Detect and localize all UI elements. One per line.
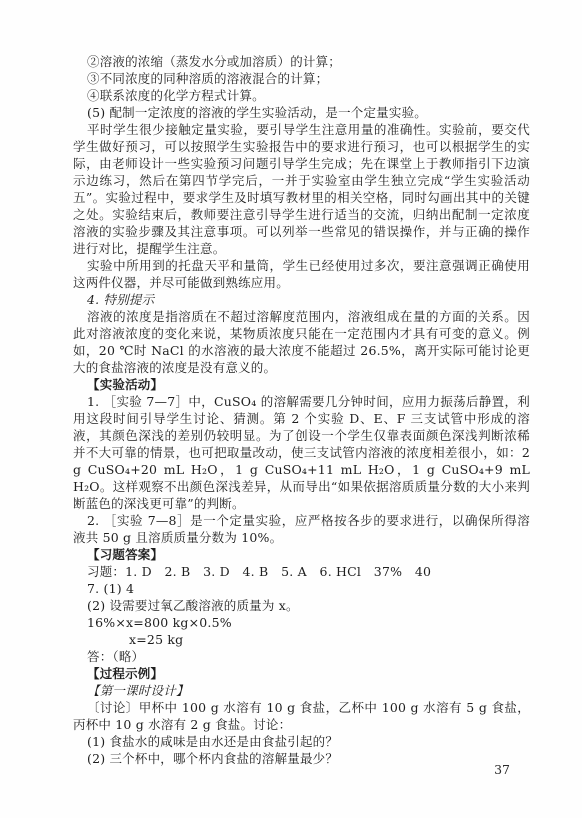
answer-line: (2) 设需要过氧乙酸溶液的质量为 x。: [73, 597, 530, 614]
equation-line: 16%×x=800 kg×0.5%: [73, 614, 530, 631]
list-item: (5) 配制一定浓度的溶液的学生实验活动，是一个定量实验。: [73, 104, 530, 121]
answer-line: 答：（略）: [73, 648, 530, 665]
answer-line: 7. (1) 4: [73, 580, 530, 597]
paragraph: 实验中所用到的托盘天平和量筒，学生已经使用过多次，要注意强调正确使用这两件仪器，…: [73, 257, 530, 291]
list-item: ②溶液的浓缩（蒸发水分或加溶质）的计算；: [73, 53, 530, 70]
section-heading: 【习题答案】: [73, 546, 530, 563]
paragraph: 平时学生很少接触定量实验，要引导学生注意用量的准确性。实验前，要交代学生做好预习…: [73, 121, 530, 257]
sub-heading: 【第一课时设计】: [73, 682, 530, 699]
paragraph: 〔讨论〕甲杯中 100 g 水溶有 10 g 食盐，乙杯中 100 g 水溶有 …: [73, 699, 530, 733]
paragraph: 溶液的浓度是指溶质在不超过溶解度范围内，溶液组成在量的方面的关系。因此对溶液浓度…: [73, 308, 530, 376]
question-line: (1) 食盐水的咸味是由水还是由食盐引起的？: [73, 733, 530, 750]
section-heading: 4. 特别提示: [73, 291, 530, 308]
answer-line: 习题：1. D 2. B 3. D 4. B 5. A 6. HCl 37% 4…: [73, 563, 530, 580]
paragraph: 2. ［实验 7—8］是一个定量实验，应严格按各步的要求进行，以确保所得溶液共 …: [73, 512, 530, 546]
document-page: ②溶液的浓缩（蒸发水分或加溶质）的计算； ③不同浓度的同种溶质的溶液混合的计算；…: [0, 0, 582, 818]
list-item: ④联系浓度的化学方程式计算。: [73, 87, 530, 104]
page-number: 37: [494, 761, 510, 778]
question-line: (2) 三个杯中，哪个杯内食盐的溶解量最少？: [73, 750, 530, 767]
paragraph: 1. ［实验 7—7］中，CuSO₄ 的溶解需要几分钟时间，应用力振荡后静置，利…: [73, 393, 530, 512]
equation-line: x=25 kg: [73, 631, 530, 648]
page-body: ②溶液的浓缩（蒸发水分或加溶质）的计算； ③不同浓度的同种溶质的溶液混合的计算；…: [73, 53, 530, 767]
section-heading: 【实验活动】: [73, 376, 530, 393]
list-item: ③不同浓度的同种溶质的溶液混合的计算；: [73, 70, 530, 87]
section-heading: 【过程示例】: [73, 665, 530, 682]
